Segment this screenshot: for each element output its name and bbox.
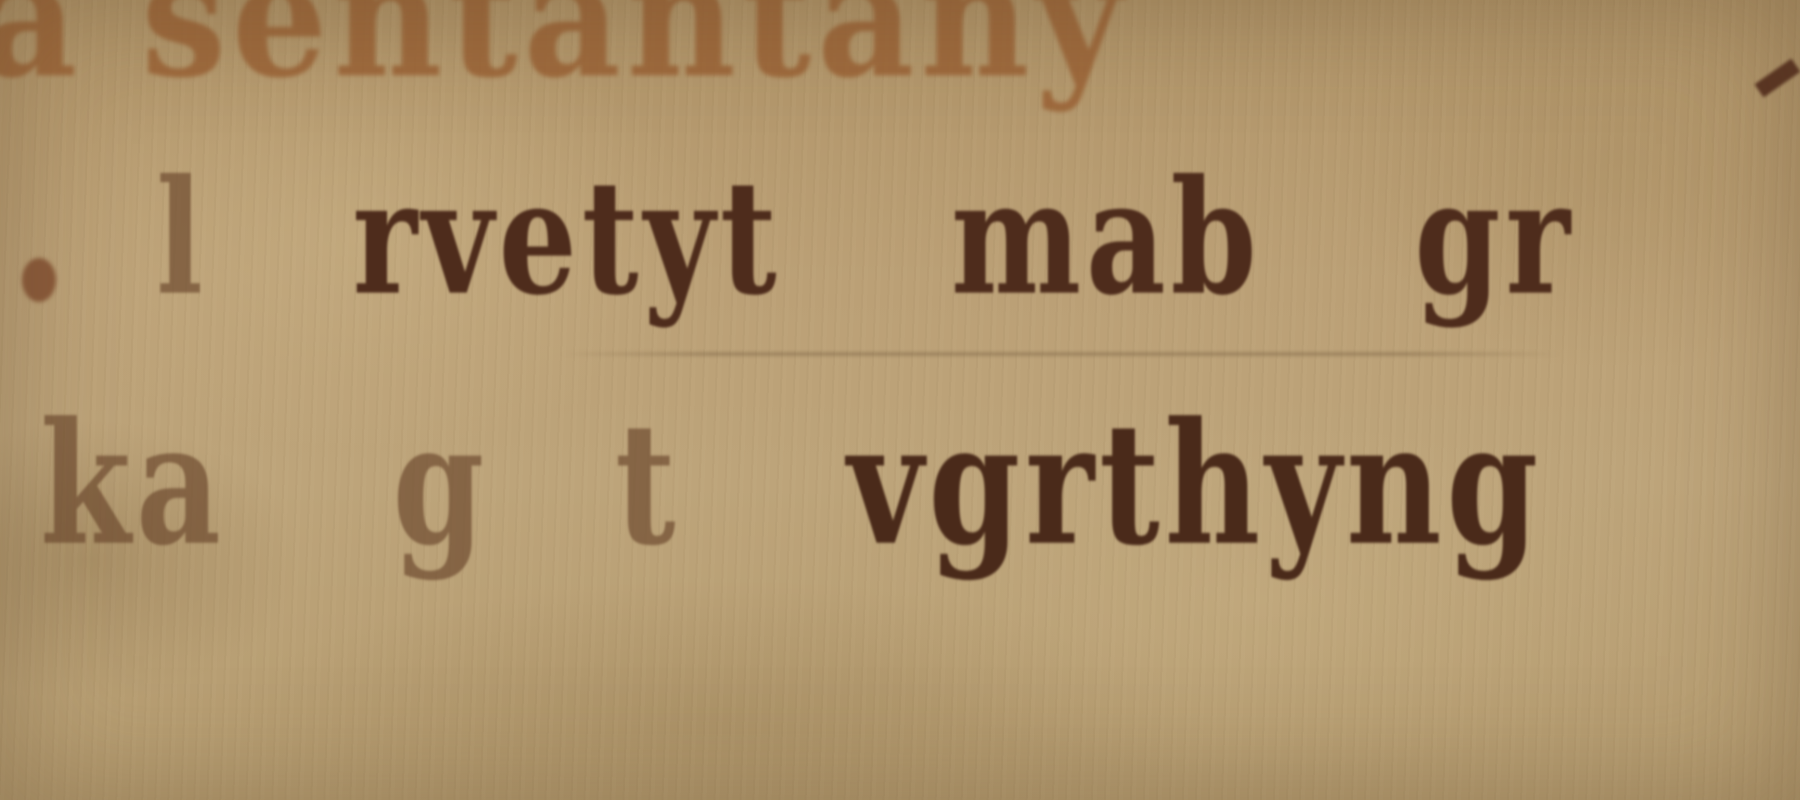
manuscript-line-1: l rvetyt mab gr: [10, 146, 1575, 331]
word: vgrthyng: [847, 385, 1543, 582]
word: g: [393, 385, 490, 582]
word: rvetyt: [353, 146, 782, 331]
word: gr: [1414, 146, 1575, 331]
edge-ink-mark: [1754, 59, 1800, 98]
parchment-photo: a sentantany l rvetyt mab gr ka g t vgrt…: [0, 0, 1800, 800]
manuscript-top-line-rubric: a sentantany: [0, 0, 1129, 115]
top-line-text: a sentantany: [0, 0, 1129, 115]
word: ka: [40, 385, 226, 582]
word: l: [156, 146, 208, 331]
word: t: [615, 385, 681, 582]
ruling-line: [560, 352, 1560, 356]
word: mab: [951, 146, 1262, 331]
manuscript-line-2: ka g t vgrthyng: [40, 385, 1543, 582]
